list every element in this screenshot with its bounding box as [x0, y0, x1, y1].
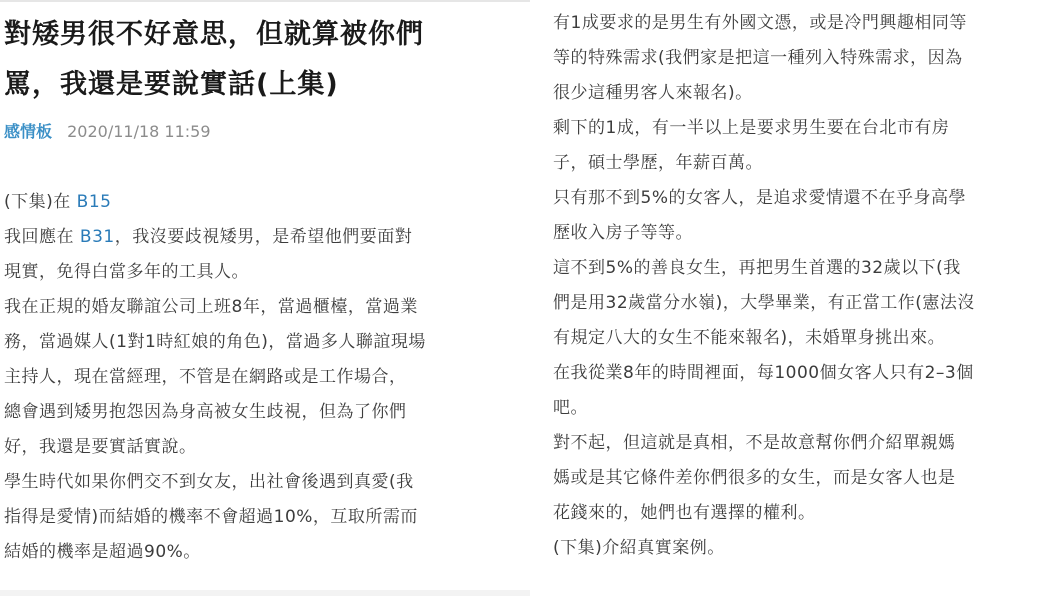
body-line: 很少這種男客人來報名)。 [553, 76, 1053, 111]
body-line: 花錢來的，她們也有選擇的權利。 [553, 496, 1053, 531]
body-line: 子，碩士學歷，年薪百萬。 [553, 146, 1053, 181]
post-screenshot-right: 有1成要求的是男生有外國文憑，或是冷門興趣相同等 等的特殊需求(我們家是把這一種… [530, 0, 1060, 596]
body-text: (下集)在 [4, 192, 77, 212]
body-line: 對不起，但這就是真相，不是故意幫你們介紹單親媽 [553, 426, 1053, 461]
post-title: 對矮男很不好意思，但就算被你們 罵，我還是要說實話(上集) [4, 10, 514, 110]
body-line: 們是用32歲當分水嶺)，大學畢業，有正當工作(憲法沒 [553, 286, 1053, 321]
floor-link-b31[interactable]: B31 [80, 227, 115, 247]
post-body-right: 有1成要求的是男生有外國文憑，或是冷門興趣相同等 等的特殊需求(我們家是把這一種… [553, 6, 1053, 566]
body-text: 我回應在 [4, 227, 80, 247]
body-text: ，我沒要歧視矮男，是希望他們要面對 [115, 227, 413, 247]
body-line: 務，當過媒人(1對1時紅娘的角色)，當過多人聯誼現場 [4, 325, 514, 360]
body-line: 主持人，現在當經理，不管是在網路或是工作場合， [4, 360, 514, 395]
body-line: 在我從業8年的時間裡面，每1000個女客人只有2–3個 [553, 356, 1053, 391]
post-screenshot-left: 對矮男很不好意思，但就算被你們 罵，我還是要說實話(上集) 感情板 2020/1… [0, 0, 530, 596]
body-line: (下集)在 B15 [4, 185, 514, 220]
post-meta: 感情板 2020/11/18 11:59 [4, 120, 211, 144]
body-line: 吧。 [553, 391, 1053, 426]
body-line: 我回應在 B31，我沒要歧視矮男，是希望他們要面對 [4, 220, 514, 255]
post-body-left: (下集)在 B15 我回應在 B31，我沒要歧視矮男，是希望他們要面對 現實，免… [4, 185, 514, 570]
body-line: 這不到5%的善良女生，再把男生首選的32歲以下(我 [553, 251, 1053, 286]
post-title-line: 對矮男很不好意思，但就算被你們 [4, 10, 514, 60]
body-line: (下集)介紹真實案例。 [553, 531, 1053, 566]
body-line: 歷收入房子等等。 [553, 216, 1053, 251]
body-line: 只有那不到5%的女客人，是追求愛情還不在乎身高學 [553, 181, 1053, 216]
body-line: 學生時代如果你們交不到女友，出社會後遇到真愛(我 [4, 465, 514, 500]
body-line: 有規定八大的女生不能來報名)，未婚單身挑出來。 [553, 321, 1053, 356]
body-line: 好，我還是要實話實說。 [4, 430, 514, 465]
body-line: 現實，免得白當多年的工具人。 [4, 255, 514, 290]
body-line: 剩下的1成，有一半以上是要求男生要在台北市有房 [553, 111, 1053, 146]
body-line: 指得是愛情)而結婚的機率不會超過10%，互取所需而 [4, 500, 514, 535]
bottom-divider [0, 590, 530, 596]
body-line: 有1成要求的是男生有外國文憑，或是冷門興趣相同等 [553, 6, 1053, 41]
floor-link-b15[interactable]: B15 [77, 192, 112, 212]
body-line: 我在正規的婚友聯誼公司上班8年，當過櫃檯，當過業 [4, 290, 514, 325]
body-line: 等的特殊需求(我們家是把這一種列入特殊需求，因為 [553, 41, 1053, 76]
post-date: 2020/11/18 11:59 [67, 122, 210, 141]
post-title-line: 罵，我還是要說實話(上集) [4, 60, 514, 110]
board-link[interactable]: 感情板 [4, 122, 52, 141]
body-line: 結婚的機率是超過90%。 [4, 535, 514, 570]
body-line: 總會遇到矮男抱怨因為身高被女生歧視，但為了你們 [4, 395, 514, 430]
body-line: 媽或是其它條件差你們很多的女生，而是女客人也是 [553, 461, 1053, 496]
